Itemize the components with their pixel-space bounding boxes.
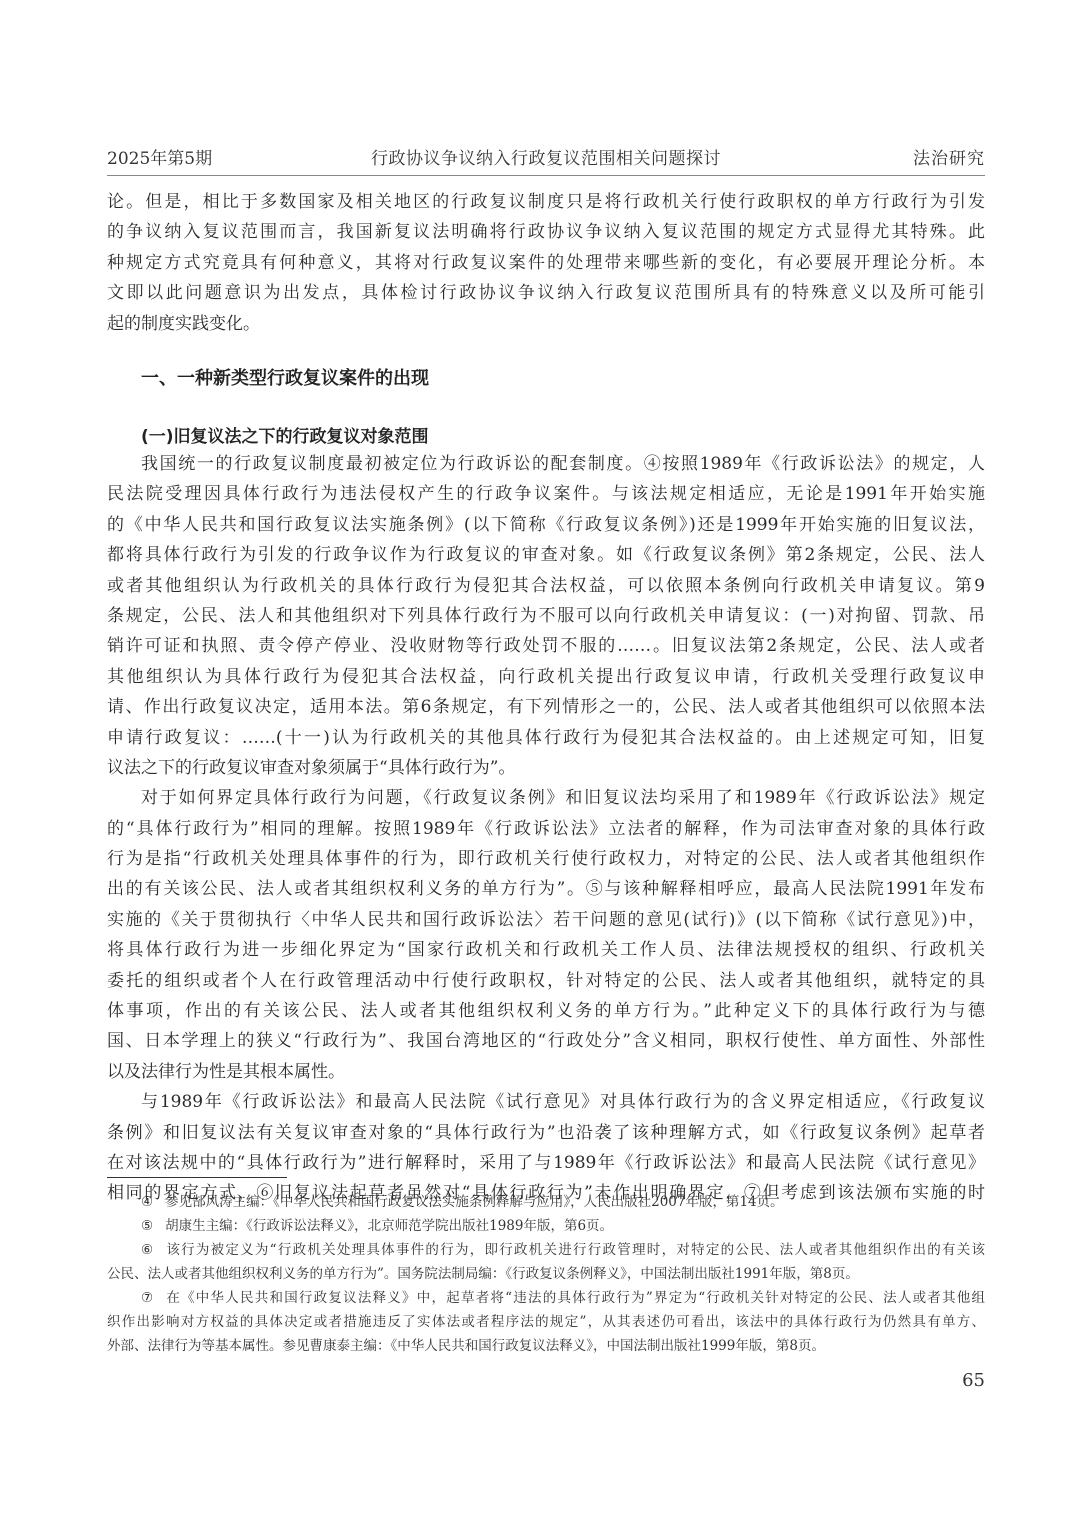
header-divider — [107, 175, 985, 176]
text-line: 对于如何界定具体行政行为问题，《行政复议条例》和旧复议法均采用了和1989年《行… — [107, 783, 985, 813]
text-line: 与1989年《行政诉讼法》和最高人民法院《试行意见》对具体行政行为的含义界定相适… — [107, 1087, 985, 1117]
section-heading: 一、一种新类型行政复议案件的出现 — [141, 366, 429, 392]
text-line: 销许可证和执照、责令停产停业、没收财物等行政处罚不服的……。旧复议法第2条规定，… — [107, 631, 985, 661]
section-body: 我国统一的行政复议制度最初被定位为行政诉讼的配套制度。④按照1989年《行政诉讼… — [107, 449, 985, 1209]
footnote-6: ⑥该行为被定义为“行政机关处理具体事件的行为，即行政机关进行行政管理时，对特定的… — [107, 1238, 985, 1286]
footnote-divider — [107, 1177, 287, 1178]
footnote-mark: ⑦ — [141, 1290, 154, 1306]
text-line: 条规定，公民、法人和其他组织对下列具体行政行为不服可以向行政机关申请复议：(一)… — [107, 601, 985, 631]
text-line: 国、日本学理上的狭义“行政行为”、我国台湾地区的“行政处分”含义相同，职权行使性… — [107, 1026, 985, 1056]
paragraph-2: 对于如何界定具体行政行为问题，《行政复议条例》和旧复议法均采用了和1989年《行… — [107, 783, 985, 1087]
text-line: 在对该法规中的“具体行政行为”进行解释时，采用了与1989年《行政诉讼法》和最高… — [107, 1148, 985, 1178]
text-line: 我国统一的行政复议制度最初被定位为行政诉讼的配套制度。④按照1989年《行政诉讼… — [107, 449, 985, 479]
footnote-line: 外部、法律行为等基本属性。参见曹康泰主编：《中华人民共和国行政复议法释义》，中国… — [107, 1334, 985, 1358]
text-line: 申请行政复议：……(十一)认为行政机关的其他具体行政行为侵犯其合法权益的。由上述… — [107, 723, 985, 753]
text-line: 的争议纳入复议范围而言，我国新复议法明确将行政协议争议纳入复议范围的规定方式显得… — [107, 217, 985, 247]
footnotes: ④参见郜风涛主编：《中华人民共和国行政复议法实施条例释解与应用》，人民出版社20… — [107, 1190, 985, 1358]
text-line: 其他组织认为具体行政行为侵犯其合法权益，向行政机关提出行政复议申请，行政机关受理… — [107, 662, 985, 692]
text-line: 实施的《关于贯彻执行〈中华人民共和国行政诉讼法〉若干问题的意见(试行)》(以下简… — [107, 905, 985, 935]
footnote-mark: ⑤ — [141, 1218, 153, 1234]
article-title: 行政协议争议纳入行政复议范围相关问题探讨 — [107, 147, 985, 171]
text-line: 论。但是，相比于多数国家及相关地区的行政复议制度只是将行政机关行使行政职权的单方… — [107, 187, 985, 217]
footnote-5: ⑤胡康生主编：《行政诉讼法释义》，北京师范学院出版社1989年版，第6页。 — [107, 1214, 985, 1238]
running-header: 2025年第5期 行政协议争议纳入行政复议范围相关问题探讨 法治研究 — [107, 147, 985, 171]
footnote-line: 织作出影响对方权益的具体决定或者措施违反了实体法或者程序法的规定”，从其表述仍可… — [107, 1310, 985, 1334]
text-line: 条例》和旧复议法有关复议审查对象的“具体行政行为”也沿袭了该种理解方式，如《行政… — [107, 1118, 985, 1148]
text-line: 都将具体行政行为引发的行政争议作为行政复议的审查对象。如《行政复议条例》第2条规… — [107, 540, 985, 570]
text-line: 议法之下的行政复议审查对象须属于“具体行政行为”。 — [107, 753, 985, 783]
text-line: 体事项，作出的有关该公民、法人或者其他组织权利义务的单方行为。”此种定义下的具体… — [107, 996, 985, 1026]
text-line: 文即以此问题意识为出发点，具体检讨行政协议争议纳入行政复议范围所具有的特殊意义以… — [107, 278, 985, 308]
footnote-line: ④参见郜风涛主编：《中华人民共和国行政复议法实施条例释解与应用》，人民出版社20… — [107, 1190, 985, 1214]
text-line: 以及法律行为性是其根本属性。 — [107, 1057, 985, 1087]
footnote-line: ⑥该行为被定义为“行政机关处理具体事件的行为，即行政机关进行行政管理时，对特定的… — [107, 1238, 985, 1262]
text-line: 委托的组织或者个人在行政管理活动中行使行政职权，针对特定的公民、法人或者其他组织… — [107, 966, 985, 996]
text-line: 民法院受理因具体行政行为违法侵权产生的行政争议案件。与该法规定相适应，无论是19… — [107, 479, 985, 509]
text-line: 出的有关该公民、法人或者其组织权利义务的单方行为”。⑤与该种解释相呼应，最高人民… — [107, 874, 985, 904]
text-line: 的“具体行政行为”相同的理解。按照1989年《行政诉讼法》立法者的解释，作为司法… — [107, 814, 985, 844]
intro-paragraph: 论。但是，相比于多数国家及相关地区的行政复议制度只是将行政机关行使行政职权的单方… — [107, 187, 985, 339]
footnote-line: ⑦在《中华人民共和国行政复议法释义》中，起草者将“违法的具体行政行为”界定为“行… — [107, 1286, 985, 1310]
footnote-7: ⑦在《中华人民共和国行政复议法释义》中，起草者将“违法的具体行政行为”界定为“行… — [107, 1286, 985, 1358]
footnote-mark: ④ — [141, 1194, 153, 1210]
page-number: 65 — [962, 1370, 985, 1391]
journal-name: 法治研究 — [913, 147, 985, 171]
text-line: 请、作出行政复议决定，适用本法。第6条规定，有下列情形之一的，公民、法人或者其他… — [107, 692, 985, 722]
footnote-4: ④参见郜风涛主编：《中华人民共和国行政复议法实施条例释解与应用》，人民出版社20… — [107, 1190, 985, 1214]
footnote-mark: ⑥ — [141, 1242, 154, 1258]
text-line: 将具体行政行为进一步细化界定为“国家行政机关和行政机关工作人员、法律法规授权的组… — [107, 935, 985, 965]
text-line: 或者其他组织认为行政机关的具体行政行为侵犯其合法权益，可以依照本条例向行政机关申… — [107, 571, 985, 601]
text-line: 起的制度实践变化。 — [107, 309, 985, 339]
text-line: 的《中华人民共和国行政复议法实施条例》(以下简称《行政复议条例》)还是1999年… — [107, 510, 985, 540]
paragraph-1: 我国统一的行政复议制度最初被定位为行政诉讼的配套制度。④按照1989年《行政诉讼… — [107, 449, 985, 783]
subsection-heading: (一)旧复议法之下的行政复议对象范围 — [141, 424, 429, 450]
text-line: 种规定方式究竟具有何种意义，其将对行政复议案件的处理带来哪些新的变化，有必要展开… — [107, 248, 985, 278]
footnote-line: ⑤胡康生主编：《行政诉讼法释义》，北京师范学院出版社1989年版，第6页。 — [107, 1214, 985, 1238]
text-line: 行为是指“行政机关处理具体事件的行为，即行政机关行使行政权力，对特定的公民、法人… — [107, 844, 985, 874]
footnote-line: 公民、法人或者其他组织权利义务的单方行为”。国务院法制局编：《行政复议条例释义》… — [107, 1262, 985, 1286]
